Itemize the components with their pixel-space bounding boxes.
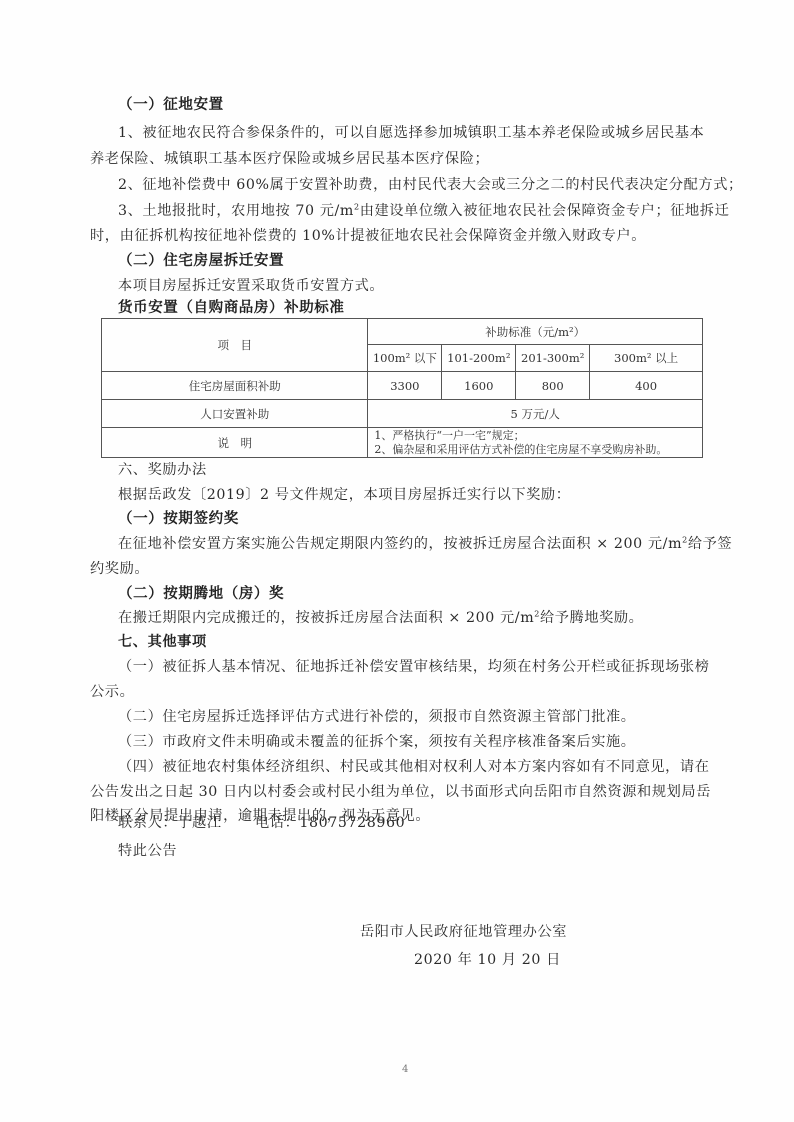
- sub-heading-vacate-reward: （二）按期腾地（房）奖: [118, 584, 284, 604]
- note-line: 2、偏杂屋和采用评估方式补偿的住宅房屋不享受购房补助。: [374, 443, 702, 457]
- text-span: 3、土地报批时，农用地按 70 元/m: [118, 203, 354, 219]
- row-label: 说 明: [102, 428, 368, 458]
- header-range: 201-300m²: [516, 345, 590, 372]
- header-range: 300m² 以上: [590, 345, 703, 372]
- other-item-1-line2: 公示。: [90, 682, 134, 702]
- sub-heading-sign-reward: （一）按期签约奖: [118, 509, 239, 529]
- other-item-1-line1: （一）被征拆人基本情况、征地拆迁补偿安置审核结果，均须在村务公开栏或征拆现场张榜: [118, 657, 710, 677]
- text-span: 给予腾地奖励。: [540, 610, 644, 626]
- header-item: 项 目: [102, 319, 368, 372]
- table-title: 货币安置（自购商品房）补助标准: [118, 298, 345, 318]
- row-value: 800: [516, 372, 590, 400]
- paragraph-land-3-line2: 时，由征拆机构按征地补偿费的 10%计提被征地农民社会保障资金并缴入财政专户。: [90, 226, 646, 246]
- contact-person: 联系人：于越江: [118, 813, 222, 833]
- section-heading-reward: 六、奖励办法: [118, 460, 207, 480]
- row-value: 3300: [368, 372, 442, 400]
- note-cell: 1、严格执行“一户一宅”规定； 2、偏杂屋和采用评估方式补偿的住宅房屋不享受购房…: [368, 428, 703, 458]
- table-row: 说 明 1、严格执行“一户一宅”规定； 2、偏杂屋和采用评估方式补偿的住宅房屋不…: [102, 428, 703, 458]
- text-span: 由建设单位缴入被征地农民社会保障资金专户；征地拆迁: [360, 203, 730, 219]
- contact-phone: 电话：18075728960: [255, 813, 405, 833]
- signature-date: 2020 年 10 月 20 日: [414, 950, 561, 970]
- paragraph-sign-reward-line2: 约奖励。: [90, 559, 149, 579]
- header-standard: 补助标准（元/m²）: [368, 319, 703, 345]
- section-heading-other: 七、其他事项: [118, 632, 207, 652]
- paragraph-land-1-line1: 1、被征地农民符合参保条件的，可以自愿选择参加城镇职工基本养老保险或城乡居民基本: [118, 123, 704, 143]
- table-row: 人口安置补助 5 万元/人: [102, 400, 703, 428]
- signature-org: 岳阳市人民政府征地管理办公室: [360, 922, 567, 942]
- text-span: 在征地补偿安置方案实施公告规定期限内签约的，按被拆迁房屋合法面积 × 200 元…: [118, 536, 682, 552]
- row-value: 1600: [442, 372, 516, 400]
- table-row: 住宅房屋面积补助 3300 1600 800 400: [102, 372, 703, 400]
- paragraph-land-2: 2、征地补偿费中 60%属于安置补助费，由村民代表大会或三分之二的村民代表决定分…: [118, 175, 743, 195]
- text-span: 给予签: [688, 536, 732, 552]
- paragraph-reward-intro: 根据岳政发〔2019〕2 号文件规定，本项目房屋拆迁实行以下奖励：: [118, 485, 571, 505]
- subsidy-standard-table: 项 目 补助标准（元/m²） 100m² 以下 101-200m² 201-30…: [101, 318, 703, 458]
- document-page: （一）征地安置 1、被征地农民符合参保条件的，可以自愿选择参加城镇职工基本养老保…: [0, 0, 794, 1122]
- header-range: 101-200m²: [442, 345, 516, 372]
- row-value: 400: [590, 372, 703, 400]
- header-range: 100m² 以下: [368, 345, 442, 372]
- paragraph-sign-reward-line1: 在征地补偿安置方案实施公告规定期限内签约的，按被拆迁房屋合法面积 × 200 元…: [118, 534, 732, 554]
- paragraph-land-3-line1: 3、土地报批时，农用地按 70 元/m2由建设单位缴入被征地农民社会保障资金专户…: [118, 201, 729, 221]
- row-label: 人口安置补助: [102, 400, 368, 428]
- row-label: 住宅房屋面积补助: [102, 372, 368, 400]
- other-item-2: （二）住宅房屋拆迁选择评估方式进行补偿的，须报市自然资源主管部门批准。: [118, 707, 636, 727]
- note-line: 1、严格执行“一户一宅”规定；: [374, 429, 702, 443]
- row-value: 5 万元/人: [368, 400, 703, 428]
- closing-text: 特此公告: [118, 841, 177, 861]
- other-item-4-line2: 公告发出之日起 30 日内以村委会或村民小组为单位，以书面形式向岳阳市自然资源和…: [90, 782, 711, 802]
- paragraph-land-1-line2: 养老保险、城镇职工基本医疗保险或城乡居民基本医疗保险；: [90, 149, 489, 169]
- page-number: 4: [402, 1064, 408, 1075]
- paragraph-house-1: 本项目房屋拆迁安置采取货币安置方式。: [118, 276, 384, 296]
- section-heading-land: （一）征地安置: [118, 95, 224, 115]
- other-item-4-line1: （四）被征地农村集体经济组织、村民或其他相对权利人对本方案内容如有不同意见，请在: [118, 757, 710, 777]
- other-item-3: （三）市政府文件未明确或未覆盖的征拆个案，须按有关程序核准备案后实施。: [118, 732, 636, 752]
- section-heading-house: （二）住宅房屋拆迁安置: [118, 251, 284, 271]
- paragraph-vacate-reward: 在搬迁期限内完成搬迁的，按被拆迁房屋合法面积 × 200 元/m2给予腾地奖励。: [118, 608, 643, 628]
- text-span: 在搬迁期限内完成搬迁的，按被拆迁房屋合法面积 × 200 元/m: [118, 610, 534, 626]
